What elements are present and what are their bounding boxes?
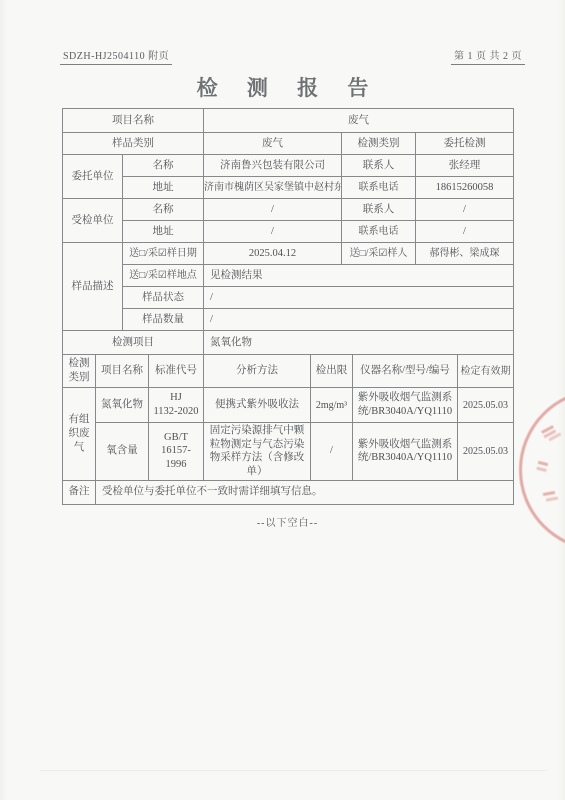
header-analysis-method: 分析方法: [204, 355, 311, 388]
inspected-phone-label: 联系电话: [342, 221, 416, 243]
below-blank-note: --以下空白--: [62, 514, 513, 529]
table-row: 地址 济南市槐荫区吴家堡镇中赵村东 联系电话 18615260058: [63, 177, 514, 199]
table-row: 检测项目 氮氧化物: [63, 331, 514, 355]
page-number: 第 1 页 共 2 页: [451, 47, 525, 65]
header-valid-until: 检定有效期: [458, 355, 514, 388]
valid-until-cell: 2025.05.03: [458, 388, 514, 423]
scan-artifact-line: [40, 770, 547, 771]
inspected-address-label: 地址: [123, 221, 204, 243]
sample-desc-label: 样品描述: [63, 243, 123, 331]
instrument-cell: 紫外吸收烟气监测系统/BR3040A/YQ1110: [353, 423, 458, 481]
project-name-label: 项目名称: [63, 109, 204, 133]
client-name-value: 济南鲁兴包装有限公司: [204, 155, 342, 177]
document-code: SDZH-HJ2504110 附页: [60, 47, 172, 65]
sample-state-value: /: [204, 287, 514, 309]
sample-qty-value: /: [204, 309, 514, 331]
instrument-cell: 紫外吸收烟气监测系统/BR3040A/YQ1110: [353, 388, 458, 423]
scanned-report-page: SDZH-HJ2504110 附页 第 1 页 共 2 页 检 测 报 告 项目…: [0, 0, 565, 800]
report-tables: 项目名称 废气 样品类别 废气 检测类别 委托检测 委托单位 名称 济南鲁兴包装…: [62, 108, 513, 529]
note-label: 备注: [63, 480, 96, 504]
inspected-name-label: 名称: [123, 199, 204, 221]
project-name-value: 废气: [204, 109, 514, 133]
item-name-cell: 氮氧化物: [96, 388, 149, 423]
header-detection-limit: 检出限: [311, 355, 353, 388]
method-row: 氧含量 GB/T 16157-1996 固定污染源排气中颗粒物测定与气态污染物采…: [63, 423, 514, 481]
client-contact-value: 张经理: [416, 155, 514, 177]
sample-state-label: 样品状态: [123, 287, 204, 309]
sample-site-label: 送□/采☑样地点: [123, 265, 204, 287]
inspected-address-value: /: [204, 221, 342, 243]
header-test-category: 检测 类别: [63, 355, 96, 388]
table-row: 受检单位 名称 / 联系人 /: [63, 199, 514, 221]
detection-limit-cell: 2mg/m³: [311, 388, 353, 423]
red-seal-stamp: [519, 389, 565, 551]
test-item-label: 检测项目: [63, 331, 204, 355]
table-row: 送□/采☑样地点 见检测结果: [63, 265, 514, 287]
sample-date-value: 2025.04.12: [204, 243, 342, 265]
header-item-name: 项目名称: [96, 355, 149, 388]
table-row: 样品类别 废气 检测类别 委托检测: [63, 133, 514, 155]
test-type-label: 检测类别: [342, 133, 416, 155]
sample-date-label: 送□/采☑样日期: [123, 243, 204, 265]
analysis-method-cell: 便携式紫外吸收法: [204, 388, 311, 423]
sampler-label: 送□/采☑样人: [342, 243, 416, 265]
test-category-value: 有组织废气: [63, 388, 96, 481]
table-row: 样品数量 /: [63, 309, 514, 331]
inspected-label: 受检单位: [63, 199, 123, 243]
item-name-cell: 氧含量: [96, 423, 149, 481]
table-row: 地址 / 联系电话 /: [63, 221, 514, 243]
test-type-value: 委托检测: [416, 133, 514, 155]
inspected-phone-value: /: [416, 221, 514, 243]
inspected-contact-label: 联系人: [342, 199, 416, 221]
detection-limit-cell: /: [311, 423, 353, 481]
sample-type-value: 废气: [204, 133, 342, 155]
standard-code-cell: GB/T 16157-1996: [149, 423, 204, 481]
method-table: 检测 类别 项目名称 标准代号 分析方法 检出限 仪器名称/型号/编号 检定有效…: [62, 354, 514, 505]
standard-code-cell: HJ 1132-2020: [149, 388, 204, 423]
table-row: 样品描述 送□/采☑样日期 2025.04.12 送□/采☑样人 郝得彬、梁成琛: [63, 243, 514, 265]
inspected-contact-value: /: [416, 199, 514, 221]
table-row: 项目名称 废气: [63, 109, 514, 133]
client-contact-label: 联系人: [342, 155, 416, 177]
sample-info-table: 项目名称 废气 样品类别 废气 检测类别 委托检测 委托单位 名称 济南鲁兴包装…: [62, 108, 514, 355]
sample-site-value: 见检测结果: [204, 265, 514, 287]
sample-type-label: 样品类别: [63, 133, 204, 155]
client-address-value: 济南市槐荫区吴家堡镇中赵村东: [204, 177, 342, 199]
client-address-label: 地址: [123, 177, 204, 199]
client-phone-value: 18615260058: [416, 177, 514, 199]
method-row: 有组织废气 氮氧化物 HJ 1132-2020 便携式紫外吸收法 2mg/m³ …: [63, 388, 514, 423]
test-item-value: 氮氧化物: [204, 331, 514, 355]
client-label: 委托单位: [63, 155, 123, 199]
method-header-row: 检测 类别 项目名称 标准代号 分析方法 检出限 仪器名称/型号/编号 检定有效…: [63, 355, 514, 388]
table-row: 委托单位 名称 济南鲁兴包装有限公司 联系人 张经理: [63, 155, 514, 177]
valid-until-cell: 2025.05.03: [458, 423, 514, 481]
note-row: 备注 受检单位与委托单位不一致时需详细填写信息。: [63, 480, 514, 504]
report-title: 检 测 报 告: [0, 72, 565, 102]
client-name-label: 名称: [123, 155, 204, 177]
client-phone-label: 联系电话: [342, 177, 416, 199]
header-instrument: 仪器名称/型号/编号: [353, 355, 458, 388]
sample-qty-label: 样品数量: [123, 309, 204, 331]
sampler-value: 郝得彬、梁成琛: [416, 243, 514, 265]
note-value: 受检单位与委托单位不一致时需详细填写信息。: [96, 480, 514, 504]
inspected-name-value: /: [204, 199, 342, 221]
analysis-method-cell: 固定污染源排气中颗粒物测定与气态污染物采样方法（含修改单）: [204, 423, 311, 481]
header-standard-code: 标准代号: [149, 355, 204, 388]
table-row: 样品状态 /: [63, 287, 514, 309]
